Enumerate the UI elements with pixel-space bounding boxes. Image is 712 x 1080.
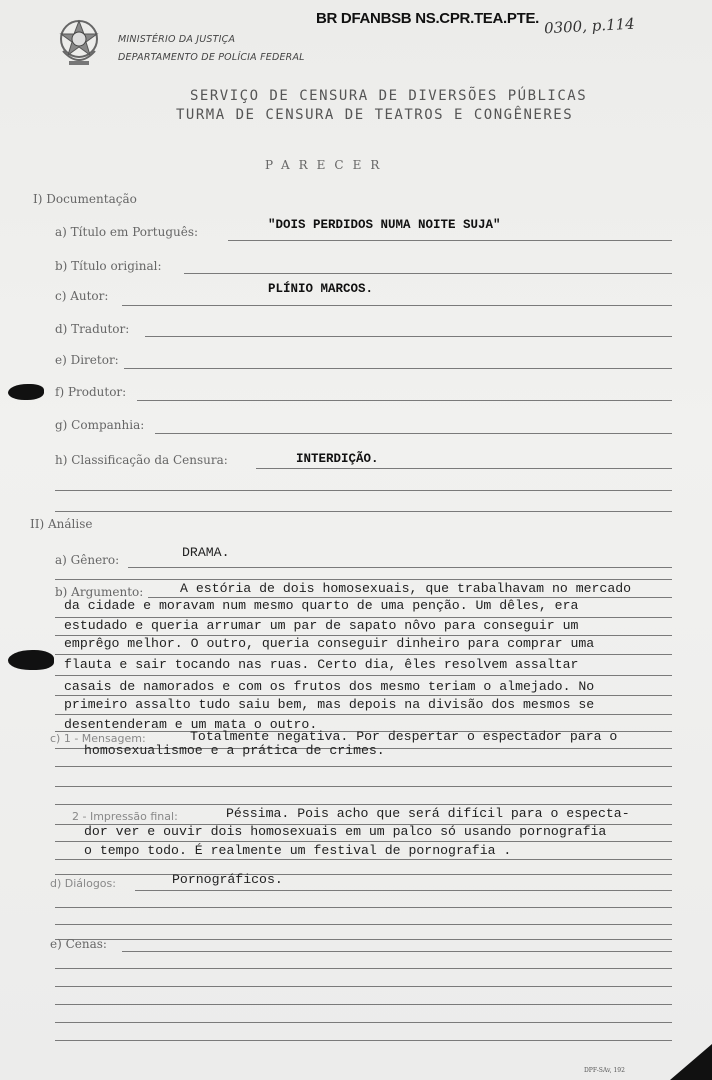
field-titulo-pt-value: "DOIS PERDIDOS NUMA NOITE SUJA"	[268, 218, 501, 232]
field-argumento-label: b) Argumento:	[55, 585, 143, 599]
document-damage	[8, 650, 54, 670]
ministry-name: MINISTÉRIO DA JUSTIÇA	[118, 34, 235, 45]
mensagem-line: Totalmente negativa. Por despertar o esp…	[190, 729, 617, 744]
field-titulo-original-label: b) Título original:	[55, 259, 162, 273]
argumento-line: A estória de dois homosexuais, que traba…	[180, 581, 631, 596]
document-page: MINISTÉRIO DA JUSTIÇA DEPARTAMENTO DE PO…	[0, 0, 712, 1080]
impressao-line: dor ver e ouvir dois homosexuais em um p…	[84, 824, 606, 839]
argumento-line: primeiro assalto tudo saiu bem, mas depo…	[64, 697, 594, 712]
field-tradutor-label: d) Tradutor:	[55, 322, 129, 336]
section-analise-heading: II) Análise	[30, 517, 92, 531]
field-classificacao-value: INTERDIÇÃO.	[296, 452, 379, 466]
archive-code: BR DFANBSB NS.CPR.TEA.PTE.	[316, 10, 539, 27]
archive-handwritten-ref: 0300, p.114	[544, 15, 636, 38]
field-dialogos-label: d) Diálogos:	[50, 877, 116, 890]
impressao-line: o tempo todo. É realmente um festival de…	[84, 843, 511, 858]
field-companhia-label: g) Companhia:	[55, 418, 144, 432]
field-autor-value: PLÍNIO MARCOS.	[268, 282, 373, 296]
argumento-line: estudado e queria arrumar um par de sapa…	[64, 618, 578, 633]
field-produtor-label: f) Produtor:	[55, 385, 126, 399]
department-name: DEPARTAMENTO DE POLÍCIA FEDERAL	[118, 52, 305, 63]
service-title: SERVIÇO DE CENSURA DE DIVERSÕES PÚBLICAS	[190, 88, 587, 104]
brazil-coat-of-arms-icon	[57, 17, 101, 69]
field-classificacao-label: h) Classificação da Censura:	[55, 453, 228, 467]
field-dialogos-value: Pornográficos.	[172, 872, 283, 887]
argumento-line: emprêgo melhor. O outro, queria consegui…	[64, 636, 594, 651]
field-genero-value: DRAMA.	[182, 545, 229, 560]
document-damage	[8, 384, 44, 400]
argumento-line: da cidade e moravam num mesmo quarto de …	[64, 598, 578, 613]
field-autor-label: c) Autor:	[55, 289, 108, 303]
service-subtitle: TURMA DE CENSURA DE TEATROS E CONGÊNERES	[176, 107, 573, 123]
field-cenas-label: e) Cenas:	[50, 937, 107, 951]
field-impressao-label: 2 - Impressão final:	[72, 810, 178, 823]
mensagem-line: homosexualismoe e a prática de crimes.	[84, 743, 385, 758]
field-genero-label: a) Gênero:	[55, 553, 119, 567]
field-diretor-label: e) Diretor:	[55, 353, 119, 367]
form-code: DPF-SAv, 192	[584, 1067, 625, 1074]
document-title: PARECER	[265, 158, 388, 172]
folded-corner	[670, 1044, 712, 1080]
argumento-line: flauta e sair tocando nas ruas. Certo di…	[64, 657, 578, 672]
section-documentacao-heading: I) Documentação	[33, 192, 137, 206]
field-titulo-pt-label: a) Título em Português:	[55, 225, 198, 239]
impressao-line: Péssima. Pois acho que será difícil para…	[226, 806, 630, 821]
argumento-line: casais de namorados e com os frutos dos …	[64, 679, 594, 694]
